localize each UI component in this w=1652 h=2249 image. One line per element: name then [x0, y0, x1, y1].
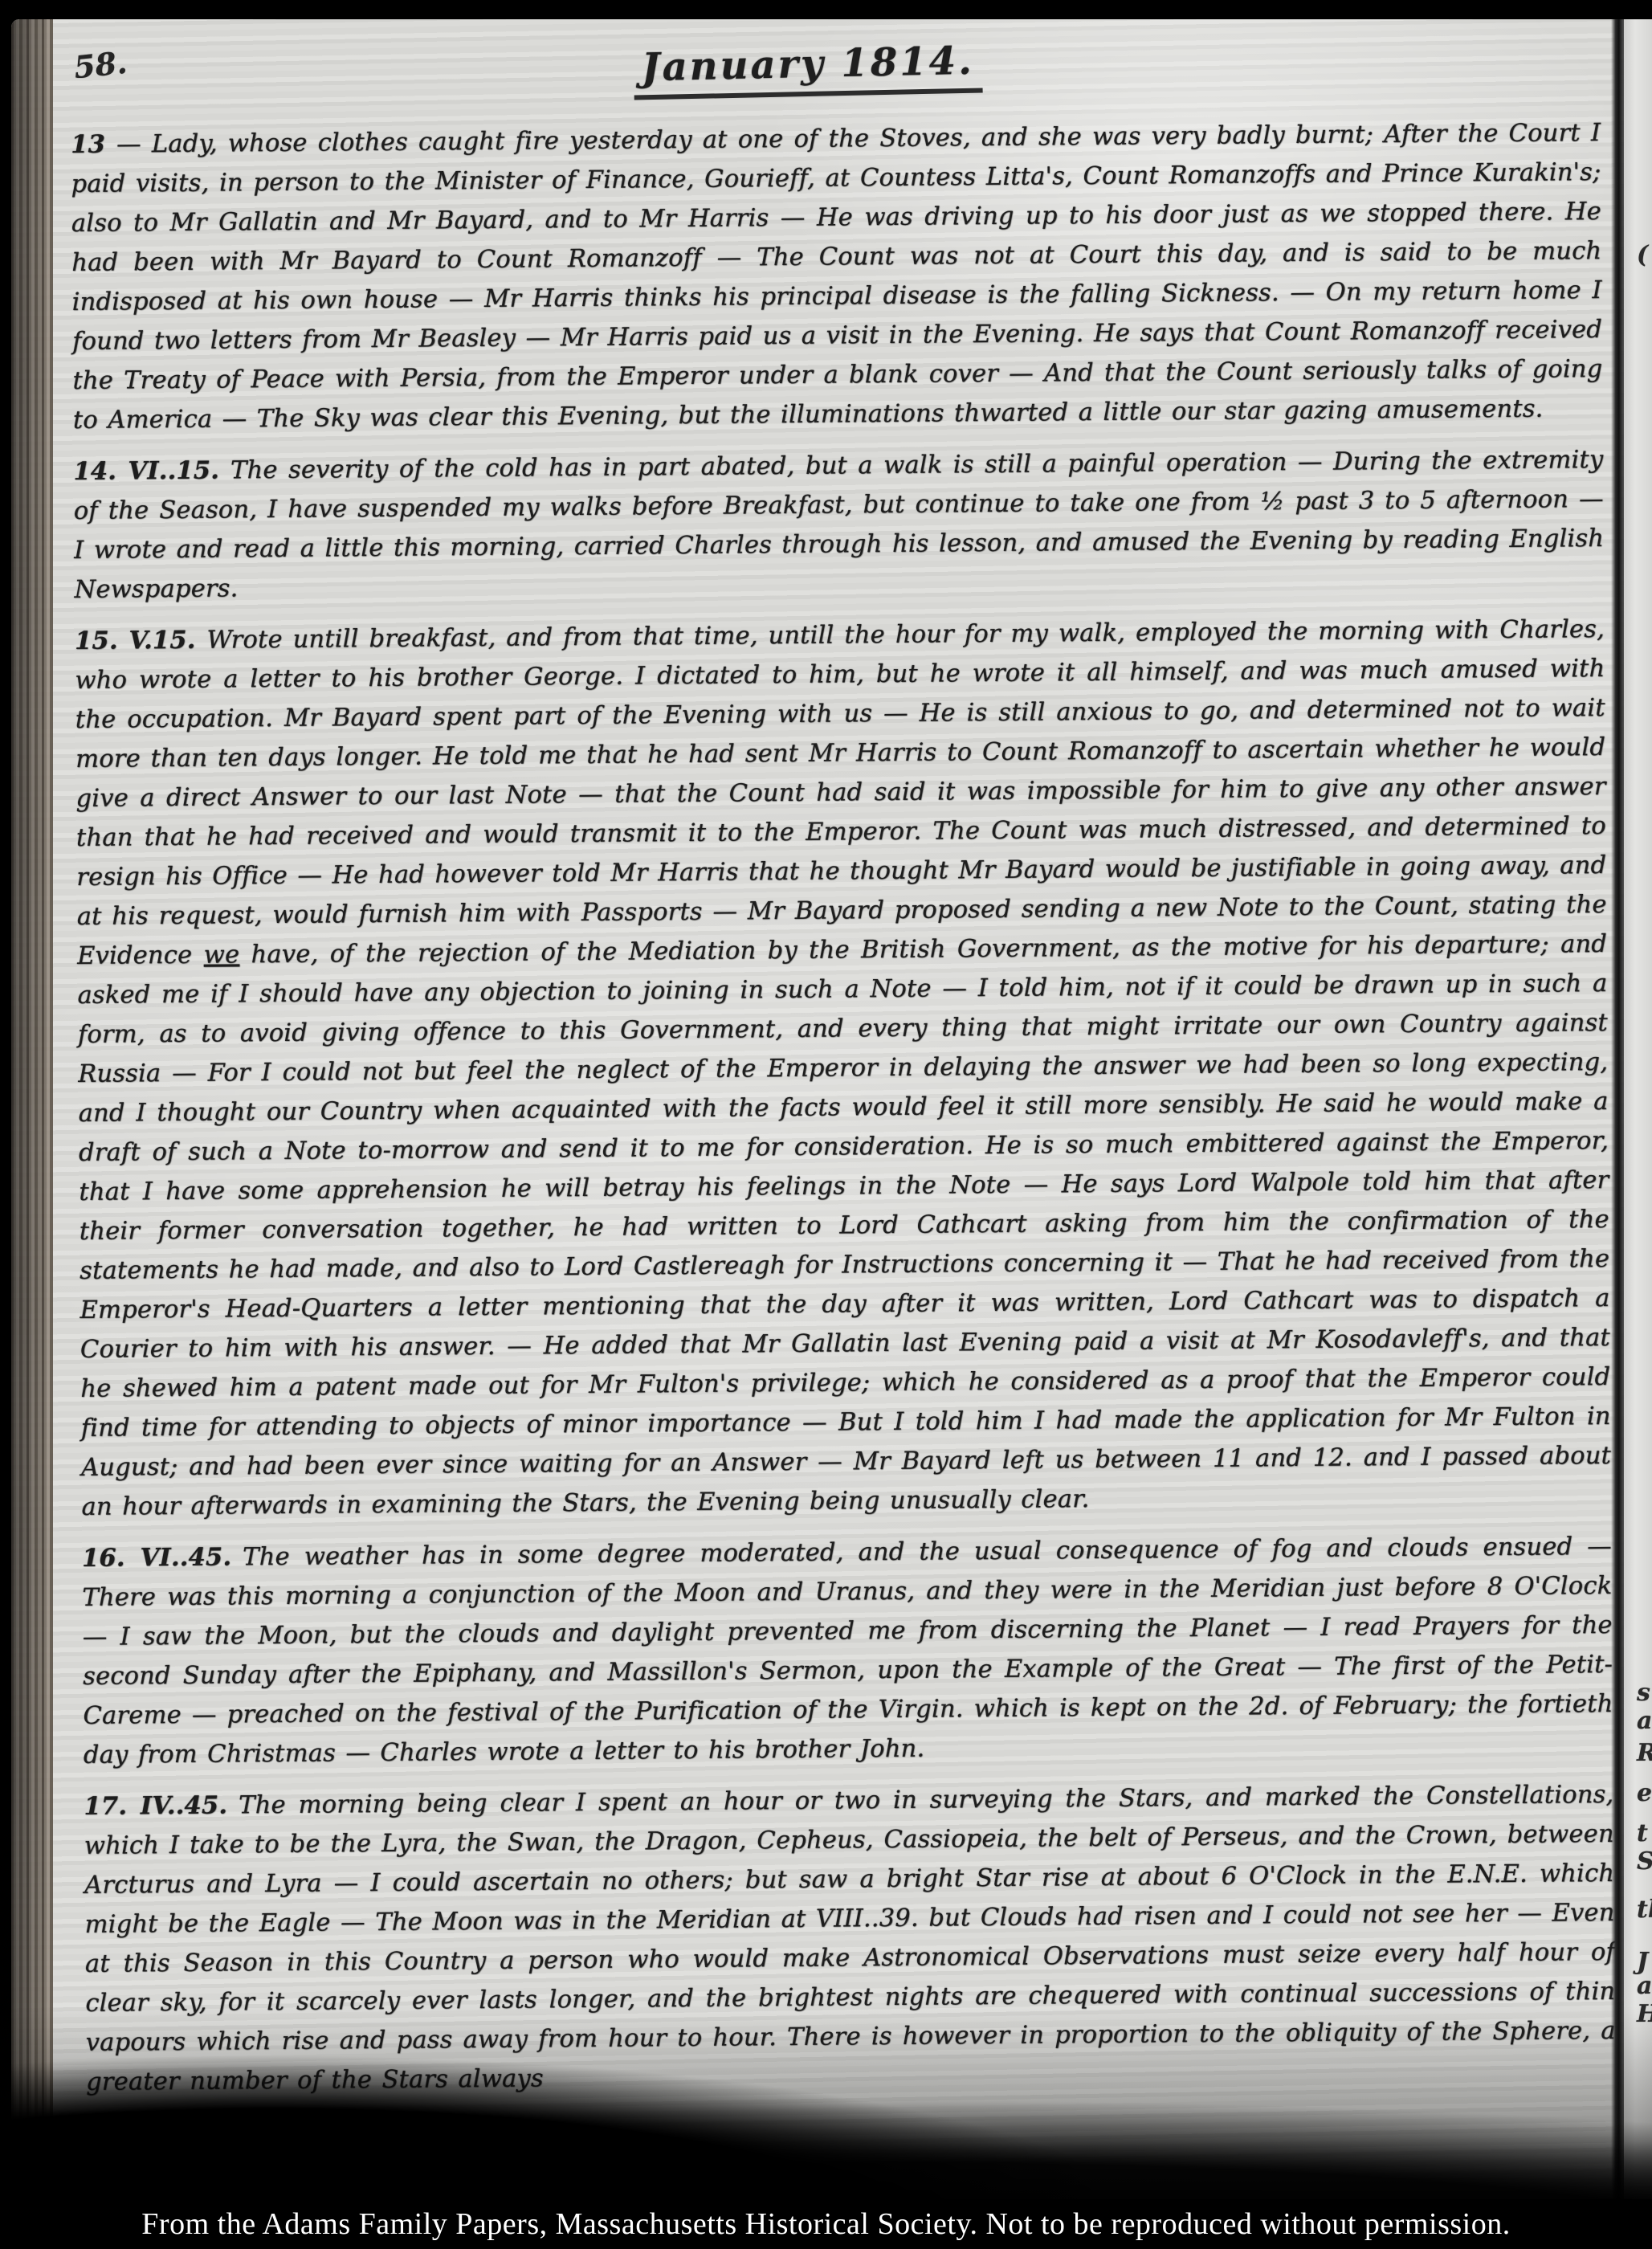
page-edge-fragment: a — [1637, 1972, 1652, 2000]
caption-bar: From the Adams Family Papers, Massachuse… — [0, 2199, 1652, 2249]
entry-text-16: The weather has in some degree moderated… — [82, 1533, 1613, 1769]
caption-text: From the Adams Family Papers, Massachuse… — [141, 2206, 1510, 2242]
entry-date-17: 17. IV..45. — [84, 1791, 227, 1821]
entry-text-14: The severity of the cold has in part aba… — [74, 446, 1605, 604]
entry-date-14: 14. VI..15. — [73, 456, 219, 486]
page-edge-fragment: s — [1637, 1679, 1650, 1707]
page-edge-fragment: ( — [1637, 241, 1648, 269]
diary-entry-15: 15. V.15.Wrote untill breakfast, and fro… — [75, 610, 1612, 1527]
page-edge-fragment: th — [1637, 1896, 1652, 1924]
page-edge-fragment: R — [1637, 1739, 1652, 1767]
manuscript-page-scan: 58. January 1814. 13— Lady, whose clothe… — [11, 19, 1652, 2199]
entry-date-13: 13 — [71, 130, 105, 159]
entry-text-15-before: Wrote untill breakfast, and from that ti… — [75, 615, 1607, 970]
page-edge-fragment: H — [1637, 2000, 1652, 2028]
page-edge-fragment: t — [1637, 1819, 1648, 1847]
diary-entry-14: 14. VI..15.The severity of the cold has … — [73, 440, 1604, 610]
entry-text-15-underlined-we: we — [204, 941, 240, 969]
entry-date-15: 15. V.15. — [75, 626, 196, 655]
journal-title: January 1814. — [633, 38, 982, 100]
page-edge-fragment: a — [1637, 1707, 1652, 1735]
page-edge-fragment: S — [1637, 1847, 1652, 1876]
page-edge-fragment: e — [1637, 1779, 1652, 1807]
entry-text-17: The morning being clear I spent an hour … — [84, 1781, 1616, 2096]
book-binding-edge — [11, 19, 53, 2199]
entry-date-16: 16. VI..45. — [82, 1542, 231, 1572]
title-row: January 1814. — [11, 42, 1604, 96]
next-page-edge: (saRetSthJaH — [1624, 19, 1652, 2199]
diary-entry-16: 16. VI..45.The weather has in some degre… — [82, 1527, 1613, 1775]
entry-text-15-after: have, of the rejection of the Mediation … — [77, 930, 1611, 1521]
entry-text-13: — Lady, whose clothes caught fire yester… — [71, 119, 1602, 435]
diary-entry-17: 17. IV..45.The morning being clear I spe… — [84, 1775, 1616, 2102]
diary-entry-13: 13— Lady, whose clothes caught fire yest… — [71, 113, 1603, 440]
diary-content: 13— Lady, whose clothes caught fire yest… — [71, 113, 1616, 2114]
page-gutter-line — [1611, 19, 1624, 2199]
